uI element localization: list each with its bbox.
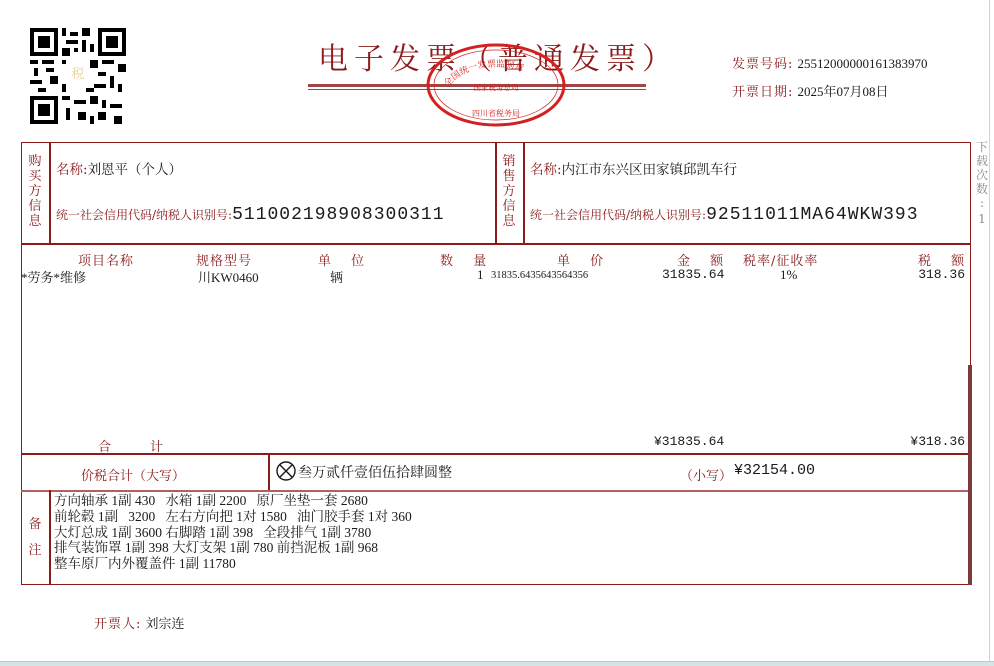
seller-section-label: 销 售 方 信 息 — [499, 154, 519, 229]
seller-name-label: 名称: — [530, 162, 562, 178]
divider — [268, 453, 270, 491]
col-header-qty: 数 量 — [440, 250, 494, 269]
seller-tax-id: 92511011MA64WKW393 — [706, 205, 918, 225]
buyer-id-label: 统一社会信用代码/纳税人识别号: — [56, 208, 232, 222]
remarks-section-label: 备 注 — [25, 512, 45, 564]
item-tax-rate: 1% — [780, 267, 797, 283]
invoice-date: 2025年07月08日 — [798, 84, 889, 99]
divider — [523, 142, 525, 244]
buyer-name: 刘恩平（个人） — [88, 162, 183, 178]
buyer-name-row: 名称:刘恩平（个人） — [56, 158, 182, 178]
invoice-number-row: 发票号码: 25512000000161383970 — [732, 53, 928, 72]
remark-line: 整车原厂内外覆盖件 1副 11780 — [54, 556, 236, 572]
col-header-unit: 单 位 — [318, 250, 372, 269]
total-tax: ¥318.36 — [910, 434, 965, 449]
remark-line: 方向轴承 1副 430 水箱 1副 2200 原厂坐垫一套 2680 — [54, 493, 368, 509]
total-amount: ¥31835.64 — [654, 434, 724, 449]
qr-code: 税 — [30, 28, 126, 124]
grand-total-small-label: （小写） — [680, 465, 732, 484]
grand-total-amount: ¥32154.00 — [734, 462, 815, 479]
buyer-section-label: 购 买 方 信 息 — [25, 154, 45, 229]
issuer-label: 开票人: — [94, 617, 141, 632]
grand-total-uppercase: 叁万贰仟壹佰伍拾肆圆整 — [298, 462, 452, 482]
item-qty: 1 — [477, 267, 484, 283]
divider — [21, 490, 971, 492]
download-count: 下载次数: 1 — [975, 140, 989, 226]
official-seal: 全国统一发票监制章 国家税务总局 四川省税务局 — [425, 42, 567, 128]
divider — [49, 142, 51, 244]
invoice-date-row: 开票日期: 2025年07月08日 — [732, 81, 889, 100]
item-spec: 川KW0460 — [198, 267, 259, 286]
item-name: *劳务*维修 — [21, 267, 86, 286]
item-tax: 318.36 — [918, 267, 965, 282]
seal-bottom-text: 四川省税务局 — [472, 108, 520, 118]
remark-line: 前轮毂 1副 3200 左右方向把 1对 1580 油门胶手套 1对 360 — [54, 509, 412, 525]
remark-line: 大灯总成 1副 3600 右脚踏 1副 398 全段排气 1副 3780 — [54, 525, 371, 541]
window-bottom-edge — [0, 661, 994, 666]
qr-tax-label: 税 — [70, 66, 86, 84]
buyer-tax-id: 511002198908300311 — [232, 205, 444, 225]
seller-id-row: 统一社会信用代码/纳税人识别号:92511011MA64WKW393 — [530, 205, 919, 225]
invoice-number-label: 发票号码: — [732, 57, 793, 72]
buyer-id-row: 统一社会信用代码/纳税人识别号:511002198908300311 — [56, 205, 445, 225]
remark-line: 排气装饰罩 1副 398 大灯支架 1副 780 前挡泥板 1副 968 — [54, 540, 378, 556]
download-count-value: 1 — [975, 212, 989, 226]
seller-id-label: 统一社会信用代码/纳税人识别号: — [530, 208, 706, 222]
item-amount: 31835.64 — [662, 267, 724, 282]
issuer-row: 开票人: 刘宗连 — [94, 613, 185, 632]
item-unit: 辆 — [330, 267, 343, 286]
item-unit-price: 31835.6435643564356 — [491, 270, 588, 281]
seller-name-row: 名称:内江市东兴区田家镇邱凯车行 — [530, 158, 737, 178]
buyer-name-label: 名称: — [56, 162, 88, 178]
col-header-price: 单 价 — [557, 250, 611, 269]
cross-circle-icon — [276, 461, 296, 485]
download-count-label: 下载次数: — [975, 140, 989, 210]
issuer-name: 刘宗连 — [146, 617, 185, 632]
invoice-page: 税 电子发票（普通发票） 全国统一发票监制章 国家税务总局 四川省税务局 发票号… — [0, 0, 990, 662]
divider — [49, 490, 51, 585]
invoice-number: 25512000000161383970 — [798, 56, 928, 71]
col-header-name: 项目名称 — [78, 250, 134, 269]
invoice-date-label: 开票日期: — [732, 85, 793, 100]
seller-name: 内江市东兴区田家镇邱凯车行 — [562, 162, 738, 178]
divider — [21, 453, 971, 455]
divider — [21, 243, 971, 245]
seal-middle-text: 国家税务总局 — [474, 82, 519, 92]
divider — [495, 142, 497, 244]
grand-total-label: 价税合计（大写） — [81, 465, 185, 484]
right-edge-shadow — [968, 365, 972, 585]
